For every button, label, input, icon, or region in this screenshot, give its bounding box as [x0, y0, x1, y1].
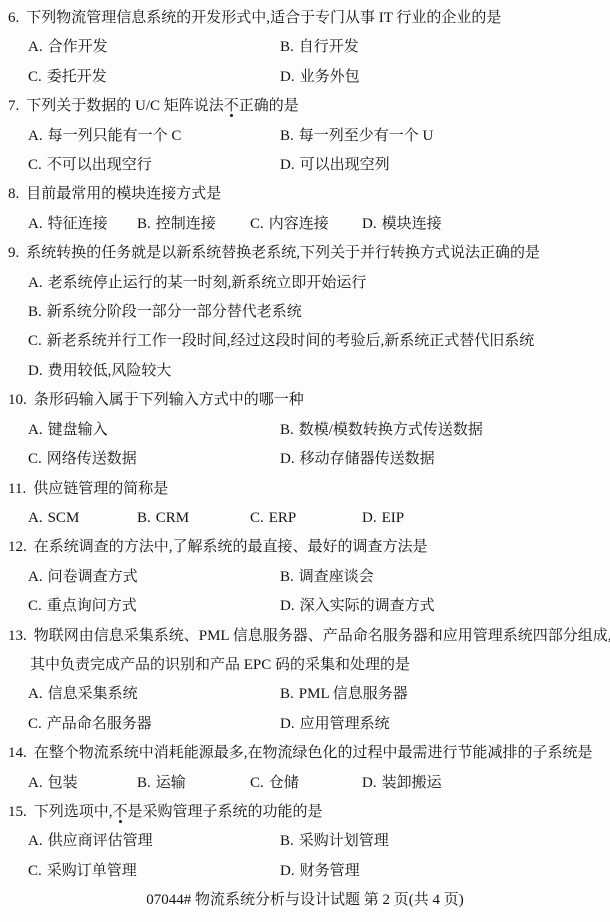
option-text: 委托开发 — [47, 69, 107, 85]
option-label: C. — [28, 451, 42, 467]
option-label: B. — [280, 39, 294, 55]
options: A.包装B.运输C.仓储D.装卸搬运 — [8, 769, 602, 798]
question-list: 6.下列物流管理信息系统的开发形式中,适合于专门从事 IT 行业的企业的是A.合… — [8, 4, 602, 886]
option-label: B. — [280, 833, 294, 849]
option: A.包装 — [28, 769, 137, 798]
option-label: C. — [28, 863, 42, 879]
option: D.模块连接 — [362, 210, 602, 239]
option: B.采购计划管理 — [280, 827, 602, 856]
question-number: 6. — [8, 10, 19, 26]
option-label: D. — [280, 863, 295, 879]
option: D.财务管理 — [280, 857, 602, 886]
option-text: 调查座谈会 — [299, 569, 374, 585]
option-label: A. — [28, 422, 43, 438]
option-text: PML 信息服务器 — [299, 686, 408, 702]
option: B.运输 — [137, 769, 250, 798]
question: 10.条形码输入属于下列输入方式中的哪一种A.键盘输入B.数模/模数转换方式传送… — [8, 386, 602, 474]
question: 8.目前最常用的模块连接方式是A.特征连接B.控制连接C.内容连接D.模块连接 — [8, 180, 602, 239]
options: A.老系统停止运行的某一时刻,新系统立即开始运行B.新系统分阶段一部分一部分替代… — [8, 269, 602, 387]
question-stem: 7.下列关于数据的 U/C 矩阵说法不正确的是 — [8, 92, 602, 121]
question: 7.下列关于数据的 U/C 矩阵说法不正确的是A.每一列只能有一个 CB.每一列… — [8, 92, 602, 180]
option-text: 应用管理系统 — [300, 716, 390, 732]
option-text: 合作开发 — [48, 39, 108, 55]
option-label: B. — [137, 775, 151, 791]
option-text: 产品命名服务器 — [47, 716, 152, 732]
option-label: B. — [280, 569, 294, 585]
stem-text: 是采购管理子系统的功能的是 — [128, 804, 323, 820]
stem-text: 下列关于数据的 U/C 矩阵说法 — [26, 98, 224, 114]
option: B.调查座谈会 — [280, 563, 602, 592]
option: B.控制连接 — [137, 210, 250, 239]
question: 11.供应链管理的简称是A.SCMB.CRMC.ERPD.EIP — [8, 475, 602, 534]
option: D.装卸搬运 — [362, 769, 602, 798]
option-text: SCM — [48, 510, 80, 526]
options: A.问卷调查方式B.调查座谈会C.重点询问方式D.深入实际的调查方式 — [8, 563, 602, 622]
option-text: 问卷调查方式 — [48, 569, 138, 585]
option-text: 控制连接 — [156, 216, 216, 232]
option: A.供应商评估管理 — [28, 827, 280, 856]
option-text: CRM — [156, 510, 189, 526]
option-text: 采购订单管理 — [47, 863, 137, 879]
option: D.EIP — [362, 504, 602, 533]
option: B.每一列至少有一个 U — [280, 122, 602, 151]
option-text: 可以出现空列 — [300, 157, 390, 173]
option: C.产品命名服务器 — [28, 710, 280, 739]
option-label: A. — [28, 833, 43, 849]
option: A.键盘输入 — [28, 416, 280, 445]
question-stem: 13.物联网由信息采集系统、PML 信息服务器、产品命名服务器和应用管理系统四部… — [8, 622, 602, 651]
options: A.信息采集系统B.PML 信息服务器C.产品命名服务器D.应用管理系统 — [8, 680, 602, 739]
option-label: D. — [280, 716, 295, 732]
option-text: 每一列至少有一个 U — [299, 128, 434, 144]
stem-text: 供应链管理的简称是 — [33, 481, 168, 497]
stem-text: 下列物流管理信息系统的开发形式中,适合于专门从事 IT 行业的企业的是 — [26, 10, 501, 26]
option: A.特征连接 — [28, 210, 137, 239]
option-text: 仓储 — [269, 775, 299, 791]
option: C.委托开发 — [28, 63, 280, 92]
option-text: ERP — [269, 510, 297, 526]
option: D.费用较低,风险较大 — [28, 357, 602, 386]
option-label: A. — [28, 275, 43, 291]
stem-text: 不 — [113, 804, 128, 820]
option-label: B. — [28, 304, 42, 320]
option-text: 老系统停止运行的某一时刻,新系统立即开始运行 — [48, 275, 367, 291]
option: C.内容连接 — [250, 210, 362, 239]
option-label: A. — [28, 39, 43, 55]
option: D.可以出现空列 — [280, 151, 602, 180]
stem-text: 下列选项中, — [34, 804, 113, 820]
option-label: D. — [362, 216, 377, 232]
stem-text: 不 — [224, 98, 239, 114]
option: D.应用管理系统 — [280, 710, 602, 739]
option-text: 键盘输入 — [48, 422, 108, 438]
option-label: C. — [28, 598, 42, 614]
option-label: A. — [28, 216, 43, 232]
option-text: 模块连接 — [382, 216, 442, 232]
question: 6.下列物流管理信息系统的开发形式中,适合于专门从事 IT 行业的企业的是A.合… — [8, 4, 602, 92]
question: 13.物联网由信息采集系统、PML 信息服务器、产品命名服务器和应用管理系统四部… — [8, 622, 602, 740]
option-text: 信息采集系统 — [48, 686, 138, 702]
question-stem: 其中负责完成产品的识别和产品 EPC 码的采集和处理的是 — [8, 651, 602, 680]
option-label: B. — [137, 216, 151, 232]
option: D.移动存储器传送数据 — [280, 445, 602, 474]
question-number: 13. — [8, 628, 27, 644]
option-label: D. — [28, 363, 43, 379]
option: A.每一列只能有一个 C — [28, 122, 280, 151]
question-stem: 6.下列物流管理信息系统的开发形式中,适合于专门从事 IT 行业的企业的是 — [8, 4, 602, 33]
options: A.每一列只能有一个 CB.每一列至少有一个 UC.不可以出现空行D.可以出现空… — [8, 122, 602, 181]
option-text: 不可以出现空行 — [47, 157, 152, 173]
option: D.业务外包 — [280, 63, 602, 92]
question: 12.在系统调查的方法中,了解系统的最直接、最好的调查方法是A.问卷调查方式B.… — [8, 533, 602, 621]
option-label: A. — [28, 686, 43, 702]
option-label: A. — [28, 569, 43, 585]
option-label: C. — [28, 716, 42, 732]
option-text: 业务外包 — [300, 69, 360, 85]
option: B.自行开发 — [280, 33, 602, 62]
option-label: A. — [28, 510, 43, 526]
options: A.键盘输入B.数模/模数转换方式传送数据C.网络传送数据D.移动存储器传送数据 — [8, 416, 602, 475]
option-text: 采购计划管理 — [299, 833, 389, 849]
stem-text: 条形码输入属于下列输入方式中的哪一种 — [34, 392, 304, 408]
stem-text: 系统转换的任务就是以新系统替换老系统,下列关于并行转换方式说法正确的是 — [26, 245, 540, 261]
question-number: 14. — [8, 745, 27, 761]
option-text: 每一列只能有一个 C — [48, 128, 182, 144]
option: C.采购订单管理 — [28, 857, 280, 886]
option-label: D. — [280, 157, 295, 173]
stem-text: 正确的是 — [239, 98, 299, 114]
option: D.深入实际的调查方式 — [280, 592, 602, 621]
question-stem: 9.系统转换的任务就是以新系统替换老系统,下列关于并行转换方式说法正确的是 — [8, 239, 602, 268]
option-label: B. — [137, 510, 151, 526]
question-number: 9. — [8, 245, 19, 261]
option-text: 新系统分阶段一部分一部分替代老系统 — [47, 304, 302, 320]
question-stem: 12.在系统调查的方法中,了解系统的最直接、最好的调查方法是 — [8, 533, 602, 562]
exam-page: 6.下列物流管理信息系统的开发形式中,适合于专门从事 IT 行业的企业的是A.合… — [0, 0, 610, 922]
option: A.问卷调查方式 — [28, 563, 280, 592]
option: C.ERP — [250, 504, 362, 533]
question-number: 15. — [8, 804, 27, 820]
question-stem: 15.下列选项中,不是采购管理子系统的功能的是 — [8, 798, 602, 827]
option-text: 数模/模数转换方式传送数据 — [299, 422, 483, 438]
options: A.供应商评估管理B.采购计划管理C.采购订单管理D.财务管理 — [8, 827, 602, 886]
question-number: 8. — [8, 186, 19, 202]
options: A.特征连接B.控制连接C.内容连接D.模块连接 — [8, 210, 602, 239]
option: B.新系统分阶段一部分一部分替代老系统 — [28, 298, 602, 327]
question-stem: 10.条形码输入属于下列输入方式中的哪一种 — [8, 386, 602, 415]
question-stem: 14.在整个物流系统中消耗能源最多,在物流绿色化的过程中最需进行节能减排的子系统… — [8, 739, 602, 768]
option-label: A. — [28, 775, 43, 791]
option-label: C. — [250, 775, 264, 791]
question: 14.在整个物流系统中消耗能源最多,在物流绿色化的过程中最需进行节能减排的子系统… — [8, 739, 602, 798]
option-label: D. — [280, 598, 295, 614]
option-label: C. — [28, 69, 42, 85]
question-stem: 8.目前最常用的模块连接方式是 — [8, 180, 602, 209]
options: A.合作开发B.自行开发C.委托开发D.业务外包 — [8, 33, 602, 92]
option: C.重点询问方式 — [28, 592, 280, 621]
option: B.数模/模数转换方式传送数据 — [280, 416, 602, 445]
stem-text: 物联网由信息采集系统、PML 信息服务器、产品命名服务器和应用管理系统四部分组成… — [34, 628, 610, 644]
option-text: 网络传送数据 — [47, 451, 137, 467]
stem-text: 在整个物流系统中消耗能源最多,在物流绿色化的过程中最需进行节能减排的子系统是 — [34, 745, 593, 761]
option-text: 费用较低,风险较大 — [48, 363, 172, 379]
option: A.老系统停止运行的某一时刻,新系统立即开始运行 — [28, 269, 602, 298]
option-label: B. — [280, 686, 294, 702]
question-number: 12. — [8, 539, 27, 555]
question-stem: 11.供应链管理的简称是 — [8, 475, 602, 504]
option-label: D. — [362, 510, 377, 526]
option-label: D. — [280, 69, 295, 85]
option: C.网络传送数据 — [28, 445, 280, 474]
option: A.合作开发 — [28, 33, 280, 62]
page-footer: 07044# 物流系统分析与设计试题 第 2 页(共 4 页) — [8, 886, 602, 915]
option-label: B. — [280, 128, 294, 144]
stem-text: 目前最常用的模块连接方式是 — [26, 186, 221, 202]
option: A.SCM — [28, 504, 137, 533]
option-label: C. — [250, 510, 264, 526]
option: C.新老系统并行工作一段时间,经过这段时间的考验后,新系统正式替代旧系统 — [28, 327, 602, 356]
option-label: B. — [280, 422, 294, 438]
option: B.PML 信息服务器 — [280, 680, 602, 709]
option-text: 供应商评估管理 — [48, 833, 153, 849]
question-number: 7. — [8, 98, 19, 114]
option-text: EIP — [382, 510, 405, 526]
option-text: 重点询问方式 — [47, 598, 137, 614]
option-text: 包装 — [48, 775, 78, 791]
option-text: 特征连接 — [48, 216, 108, 232]
question-number: 10. — [8, 392, 27, 408]
option: A.信息采集系统 — [28, 680, 280, 709]
option-text: 内容连接 — [269, 216, 329, 232]
option-text: 深入实际的调查方式 — [300, 598, 435, 614]
question: 15.下列选项中,不是采购管理子系统的功能的是A.供应商评估管理B.采购计划管理… — [8, 798, 602, 886]
option-label: D. — [362, 775, 377, 791]
stem-text: 其中负责完成产品的识别和产品 EPC 码的采集和处理的是 — [30, 657, 410, 673]
option-text: 运输 — [156, 775, 186, 791]
option: C.仓储 — [250, 769, 362, 798]
option-label: C. — [250, 216, 264, 232]
question: 9.系统转换的任务就是以新系统替换老系统,下列关于并行转换方式说法正确的是A.老… — [8, 239, 602, 386]
option-text: 移动存储器传送数据 — [300, 451, 435, 467]
option-text: 新老系统并行工作一段时间,经过这段时间的考验后,新系统正式替代旧系统 — [47, 333, 535, 349]
option-label: D. — [280, 451, 295, 467]
option-text: 自行开发 — [299, 39, 359, 55]
option: C.不可以出现空行 — [28, 151, 280, 180]
option-text: 装卸搬运 — [382, 775, 442, 791]
option-text: 财务管理 — [300, 863, 360, 879]
option-label: C. — [28, 333, 42, 349]
option-label: A. — [28, 128, 43, 144]
question-number: 11. — [8, 481, 26, 497]
option-label: C. — [28, 157, 42, 173]
option: B.CRM — [137, 504, 250, 533]
stem-text: 在系统调查的方法中,了解系统的最直接、最好的调查方法是 — [34, 539, 428, 555]
options: A.SCMB.CRMC.ERPD.EIP — [8, 504, 602, 533]
